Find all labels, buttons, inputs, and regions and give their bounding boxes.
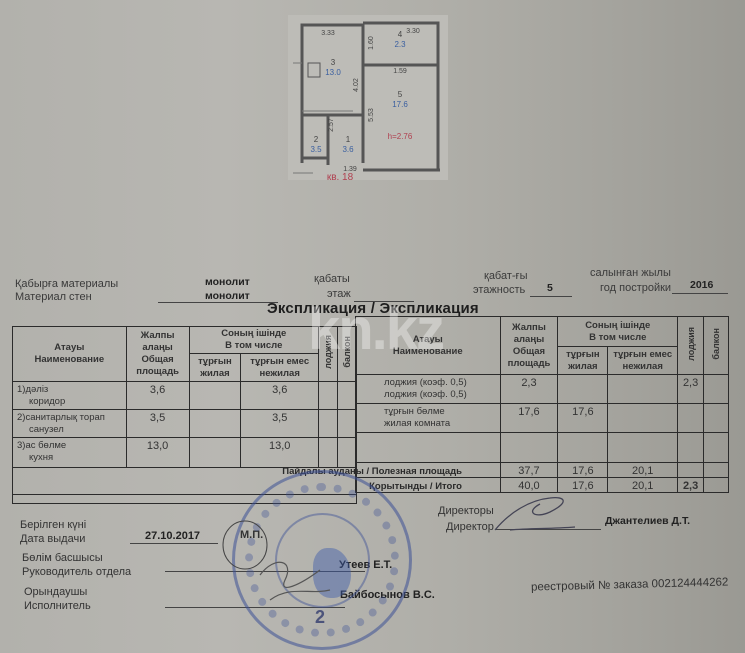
floor-label-kz: қабаты [314,273,350,286]
executor-label: Орындаушы Исполнитель [24,585,91,613]
issue-date-label: Берілген күні Дата выдачи [20,518,86,546]
issue-date-value: 27.10.2017 [145,530,200,542]
head-label: Бөлім басшысы Руководитель отдела [22,551,131,579]
room-number: 2 [314,135,319,144]
year-label-kz: салынған жылы [590,267,671,280]
apartment-label: кв. 18 [327,172,354,180]
room-number: 1 [346,135,351,144]
col-header-loggia: лоджия [678,317,704,375]
col-header-balcony: балкон [704,317,729,375]
floors-count-value: 5 [547,282,553,294]
col-header-living: тұрғынжилая [189,354,241,382]
col-header-including: Соның ішіндеВ том числе [189,327,319,354]
table-row: 2)санитарлық торапсанузел 3,53,5 [13,410,357,438]
year-label-ru: год постройки [600,282,671,295]
director-name: Джантелиев Д.Т. [605,515,690,527]
dim-text: 3.30 [406,28,420,35]
dim-text: 3.33 [321,30,335,37]
floors-count-label-kz: қабат-ғы [484,270,527,283]
col-header-total: Жалпы алаңыОбщая площадь [126,327,189,382]
ceiling-height: h=2.76 [388,132,413,141]
wall-material-label-kz: Қабырға материалы [15,278,118,291]
director-label-kz: Директоры [438,504,494,518]
table-row: лоджия (коэф. 0,5)лоджия (коэф. 0,5) 2,3… [356,375,729,404]
signatures-scribble [200,515,340,615]
floors-count-underline [530,296,572,297]
table-row: 3)ас бөлмекухня 13,013,0 [13,438,357,468]
wall-material-label-ru: Материал стен [15,291,118,304]
room-number: 4 [398,30,403,39]
room-area: 13.0 [325,68,341,77]
room-area: 2.3 [394,40,406,49]
director-label-ru: Директор [446,520,494,534]
room-number: 3 [331,58,336,67]
watermark: kn.kz [308,296,443,363]
registry-number: реестровый № заказа 002124444262 [531,575,729,594]
wall-material-value-kz: монолит [205,276,250,288]
col-header-living: тұрғынжилая [558,347,608,375]
col-header-total: Жалпы алаңыОбщая площадь [500,317,558,375]
dim-text: 1.60 [368,36,375,50]
director-signature [490,492,580,537]
wall-material-value-ru: монолит [205,290,250,302]
room-area: 17.6 [392,100,408,109]
floor-plan: 3.33 3.30 1.59 4.02 1.60 5.53 2.57 1.39 … [288,15,448,180]
floors-count-label-ru: этажность [473,284,525,297]
floor-plan-drawing: 3.33 3.30 1.59 4.02 1.60 5.53 2.57 1.39 … [288,15,448,180]
room-area: 3.6 [342,145,354,154]
dim-text: 4.02 [353,78,360,92]
table-row [356,433,729,463]
wall-material-label: Қабырға материалы Материал стен [15,278,118,304]
col-header-name: АтауыНаименование [13,327,127,382]
room-area: 3.5 [310,145,322,154]
wall-material-underline [158,302,278,303]
table-row: тұрғын бөлмежилая комната 17,617,6 [356,404,729,433]
year-value: 2016 [690,279,713,291]
col-header-nonliving: тұрғын емеснежилая [241,354,319,382]
dim-text: 2.57 [328,118,335,132]
year-underline [672,293,728,294]
table-row: 1)дәлізкоридор 3,63,6 [13,382,357,410]
room-number: 5 [398,90,403,99]
col-header-including: Соның ішіндеВ том числе [558,317,678,347]
col-header-nonliving: тұрғын емеснежилая [608,347,678,375]
dim-text: 5.53 [368,108,375,122]
dim-text: 1.59 [393,68,407,75]
